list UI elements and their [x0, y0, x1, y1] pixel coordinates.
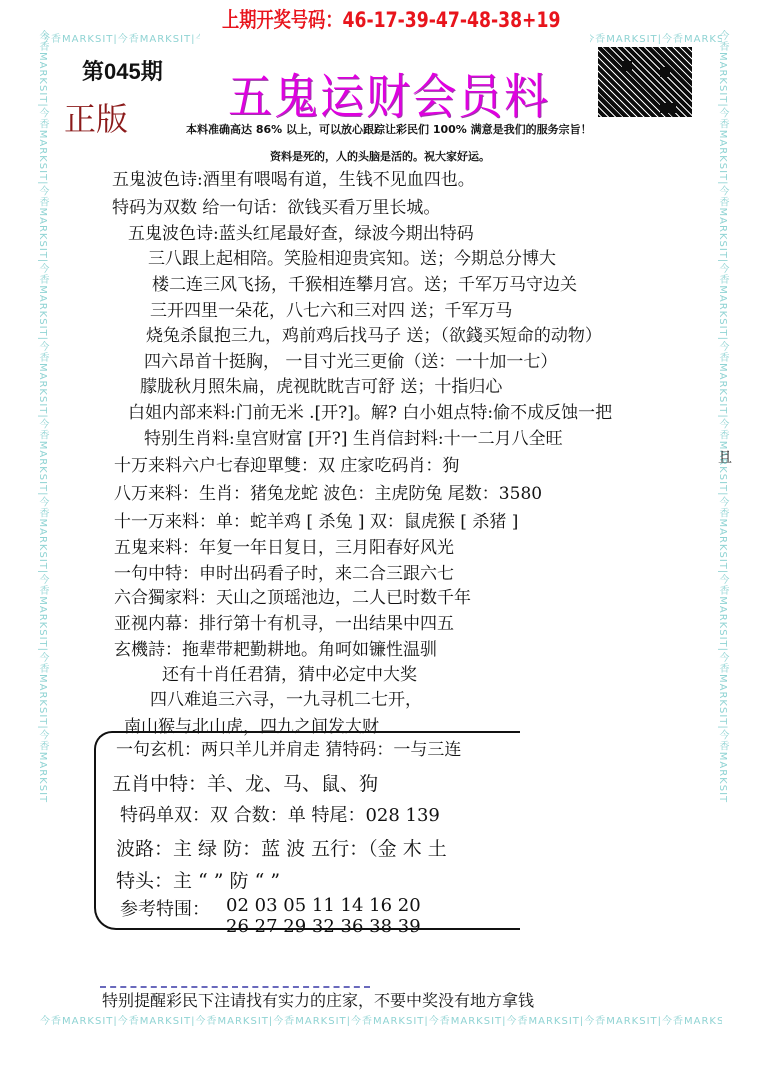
- wave-line: 波路：主 绿 防：蓝 波 五行：（金 木 土: [116, 834, 447, 861]
- issue-number: 第045期: [82, 55, 163, 86]
- watermark-left: 今香MARKSIT|今香MARKSIT|今香MARKSIT|今香MARKSIT|…: [38, 30, 50, 1020]
- tip-line: 十万来料六户七春迎單雙：双 庄家吃码肖：狗: [114, 451, 459, 476]
- qr-code-image: [598, 47, 692, 117]
- head-line: 特头：主 “ ” 防 “ ”: [116, 866, 280, 893]
- qr-marker: [660, 103, 676, 113]
- watermark-right: 今香MARKSIT|今香MARKSIT|今香MARKSIT|今香MARKSIT|…: [718, 30, 730, 1020]
- tip-line: 十一万来料：单：蛇羊鸡 [ 杀兔 ] 双：鼠虎猴 [ 杀猪 ]: [114, 507, 518, 532]
- riddle-line: 一句玄机：两只羊儿并肩走 猜特码：一与三连: [116, 735, 461, 760]
- tip-line: 八万来料：生肖：猪兔龙蛇 波色：主虎防兔 尾数：3580: [114, 479, 542, 504]
- tip-line: 五鬼来料：年复一年日复日，三月阳春好风光: [114, 533, 454, 558]
- qr-marker: [660, 67, 670, 77]
- tip-line: 五鬼波色诗:酒里有喂喝有道，生钱不见血四也。: [112, 165, 475, 190]
- last-draw-numbers: 上期开奖号码：46-17-39-47-48-38+19: [222, 4, 560, 34]
- edition-label: 正版: [64, 94, 128, 140]
- odd-even-line: 特码单双：双 合数：单 特尾：028 139: [120, 801, 440, 827]
- tip-line: 特码为双数 给一句话：欲钱买看万里长城。: [112, 193, 440, 218]
- footer-notice: 特别提醒彩民下注请找有实力的庄家，不要中奖没有地方拿钱: [102, 988, 534, 1011]
- five-zodiac-line: 五肖中特：羊、龙、马、鼠、狗: [112, 769, 378, 796]
- tip-line: 三开四里一朵花，八七六和三对四 送；千军万马: [150, 296, 512, 321]
- page-title: 五鬼运财会员料: [228, 58, 550, 127]
- tip-line: 还有十肖任君猜，猜中必定中大奖: [162, 660, 417, 685]
- tip-line: 白姐内部来料:门前无米 .[开?]。解? 白小姐点特:偷不成反蚀一把: [128, 398, 612, 423]
- tip-line: 一句中特：申时出码看子时，来二合三跟六七: [114, 559, 454, 584]
- tip-line: 三八跟上起相陪。笑脸相迎贵宾知。送；今期总分博大: [148, 244, 556, 269]
- tip-line: 六合獨家料：天山之顶瑶池边，二人已时数千年: [114, 583, 471, 608]
- tip-line: 朦胧秋月照朱扁，虎视眈眈吉可舒 送；十指归心: [140, 372, 502, 397]
- tip-line: 四八难追三六寻，一九寻机二七开，: [150, 685, 422, 710]
- qr-marker: [622, 61, 632, 71]
- reference-numbers-row1: 02 03 05 11 14 16 20: [226, 895, 421, 916]
- tip-line: 烧兔杀鼠抱三九，鸡前鸡后找马子 送；（欲錢买短命的动物）: [146, 321, 602, 346]
- tip-line: 玄機詩：拖辈带耙勤耕地。角呵如镰性温驯: [114, 635, 437, 660]
- tip-line: 楼二连三风飞扬，千猴相连攀月宫。送；千军万马守边关: [152, 270, 577, 295]
- tip-line: 五鬼波色诗:蓝头红尾最好查，绿波今期出特码: [128, 219, 474, 244]
- tip-line: 四六昂首十挺胸， 一目寸光三更偷（送：一十加一七）: [144, 347, 557, 372]
- watermark-bottom: 今香MARKSIT|今香MARKSIT|今香MARKSIT|今香MARKSIT|…: [40, 1012, 722, 1026]
- slogan-accuracy: 本料准确高达 86% 以上，可以放心跟踪让彩民们 100% 满意是我们的服务宗旨…: [186, 121, 592, 137]
- reference-numbers-row2: 26 27 29 32 36 38 39: [226, 916, 421, 937]
- tip-line: 亚视内幕：排行第十有机寻，一出结果中四五: [114, 609, 454, 634]
- reference-label: 参考特围：: [120, 895, 210, 921]
- side-glyph: 且: [718, 447, 732, 467]
- slogan-good-luck: 资料是死的，人的头脑是活的。祝大家好运。: [270, 148, 490, 164]
- tip-line: 特别生肖料:皇宫财富 [开?] 生肖信封料:十一二月八全旺: [144, 424, 563, 449]
